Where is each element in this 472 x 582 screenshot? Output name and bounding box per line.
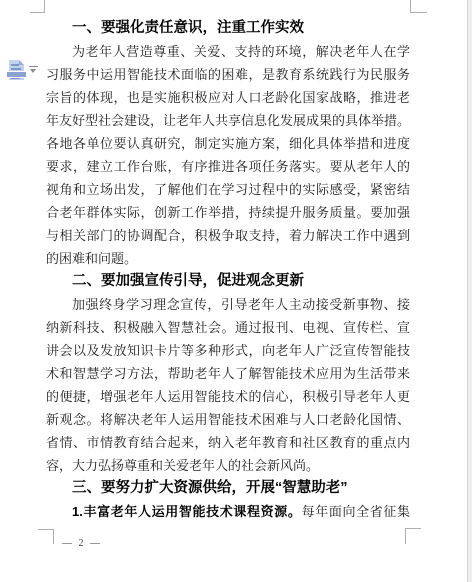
document-text-block: 一、要强化责任意识，注重工作实效 为老年人营造尊重、关爱、支持的环境，解决老年人… [46,17,410,523]
text-line: 的便捷，增强老年人运用智能技术的信心，积极引导老年人更 [46,385,410,408]
text-line: 的困难和问题。 [46,247,410,270]
text-line: 宗旨的体现，也是实施积极应对人口老龄化国家战略，推进老 [46,86,410,109]
text-line: 合老年群体实际，创新工作举措，持续提升服务质量。要加强 [46,201,410,224]
section-heading-2: 二、要加强宣传引导，促进观念更新 [46,270,410,293]
text-line: 视角和立场出发，了解他们在学习过程中的实际感受，紧密结 [46,178,410,201]
text-line: 为老年人营造尊重、关爱、支持的环境，解决老年人在学 [46,40,410,63]
text-boundary-mark-top-left [30,0,45,13]
numbered-item-rest: 每年面向全省征集 [302,504,410,519]
text-boundary-mark-top-right [410,0,427,13]
window-right-edge [467,0,472,582]
text-line: 要求，建立工作台账，有序推进各项任务落实。要从老年人的 [46,155,410,178]
text-boundary-mark-bottom-right [405,528,421,544]
text-line: 术和智慧学习方法，帮助老年人了解智能技术应用为生活带来 [46,362,410,385]
text-line: 各地各单位要认真研究，制定实施方案，细化具体举措和进度 [46,132,410,155]
text-line: 习服务中运用智能技术面临的困难，是教育系统践行为民服务 [46,63,410,86]
text-line: 容，大力弘扬尊重和关爱老年人的社会新风尚。 [46,454,410,477]
chevron-down-icon[interactable] [29,66,38,74]
text-line: 讲会以及发放知识卡片等多种形式，向老年人广泛宣传智能技 [46,339,410,362]
paste-options-button[interactable] [8,59,42,83]
text-line: 新观念。将解决老年人运用智能技术困难与人口老龄化国情、 [46,408,410,431]
text-line: 纳新科技、积极融入智慧社会。通过报刊、电视、宣传栏、宣 [46,316,410,339]
text-line: 1.丰富老年人运用智能技术课程资源。每年面向全省征集 [46,500,410,523]
numbered-item-lead: 1.丰富老年人运用智能技术课程资源。 [72,504,302,519]
text-line: 省情、市情教育结合起来，纳入老年教育和社区教育的重点内 [46,431,410,454]
text-line: 年友好型社会建设，让老年人共享信息化发展成果的具体举措。 [46,109,410,132]
section-heading-1: 一、要强化责任意识，注重工作实效 [46,17,410,40]
section-heading-3: 三、要努力扩大资源供给，开展“智慧助老” [46,477,410,500]
page-number: — 2 — [62,538,102,550]
text-boundary-mark-bottom-left [38,529,54,544]
text-line: 加强终身学习理念宣传，引导老年人主动接受新事物、接 [46,293,410,316]
paste-options-clipboard-icon [9,60,24,80]
document-page: 一、要强化责任意识，注重工作实效 为老年人营造尊重、关爱、支持的环境，解决老年人… [0,0,472,582]
text-line: 与相关部门的协调配合，积极争取支持，着力解决工作中遇到 [46,224,410,247]
page-fold-icon [19,60,24,65]
